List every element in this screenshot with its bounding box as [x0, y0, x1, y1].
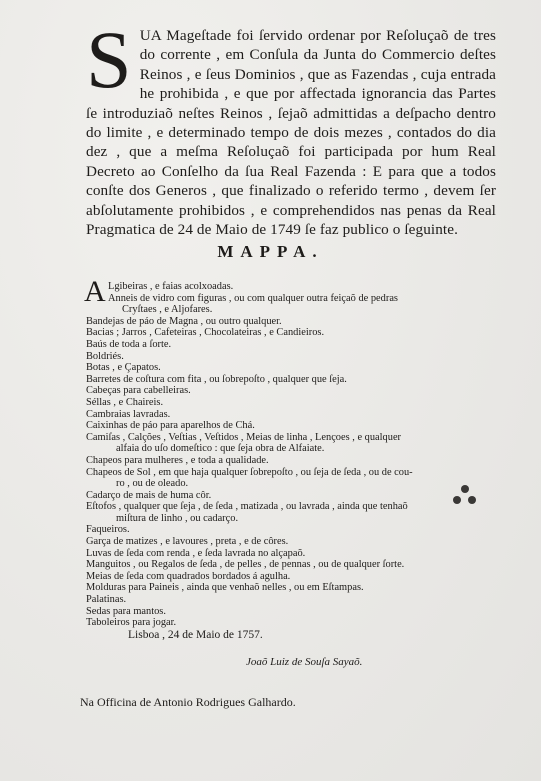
- list-item: Meias de ſeda com quadrados bordados á a…: [86, 571, 486, 583]
- list-item: Séllas , e Chaireis.: [86, 397, 486, 409]
- list-item-continuation: ro , ou de oleado.: [86, 478, 486, 490]
- list-item-continuation: miſtura de linho , ou cadarço.: [86, 513, 486, 525]
- list-item: Cambraias lavradas.: [86, 409, 486, 421]
- list-item: Botas , e Çapatos.: [86, 362, 486, 374]
- signature: Joaõ Luiz de Souſa Sayaõ.: [246, 656, 362, 668]
- list-drop-cap: A: [84, 278, 106, 306]
- list-item: Bacias ; Jarros , Cafeteiras , Chocolate…: [86, 327, 486, 339]
- list-item: Bandejas de páo de Magna , ou outro qual…: [86, 316, 486, 328]
- ornament-dots-icon: [452, 485, 478, 507]
- list-item: Eſtofos , qualquer que ſeja , de ſeda , …: [86, 501, 486, 513]
- list-item: Boldriés.: [86, 351, 486, 363]
- list-item: Garça de matizes , e lavoures , preta , …: [86, 536, 486, 548]
- list-item: Barretes de coſtura com fita , ou ſobrep…: [86, 374, 486, 386]
- list-item: Luvas de ſeda com renda , e ſeda lavrada…: [86, 548, 486, 560]
- list-item: Cadarço de mais de huma côr.: [86, 490, 486, 502]
- list-item: Sedas para mantos.: [86, 606, 486, 618]
- intro-text: UA Mageſtade foi ſervido ordenar por Reſ…: [86, 27, 496, 238]
- list-item: Faqueiros.: [86, 524, 486, 536]
- list-item: Cabeças para cabelleiras.: [86, 385, 486, 397]
- list-item: Chapeos de Sol , em que haja qualquer ſo…: [86, 467, 486, 479]
- section-title: MAPPA.: [0, 242, 541, 262]
- list-item: A Lgibeiras , e faias acolxoadas.: [86, 281, 486, 293]
- list-item: Manguitos , ou Regalos de ſeda , de pell…: [86, 559, 486, 571]
- list-item-continuation: Cryſtaes , e Aljofares.: [86, 304, 486, 316]
- list-item: Anneis de vidro com figuras , ou com qua…: [86, 293, 486, 305]
- list-item: Molduras para Paineis , ainda que venhaõ…: [86, 582, 486, 594]
- document-page: S UA Mageſtade foi ſervido ordenar por R…: [0, 0, 541, 781]
- list-item: Caixinhas de páo para aparelhos de Chá.: [86, 420, 486, 432]
- list-item: Camiſas , Calções , Veſtias , Veſtidos ,…: [86, 432, 486, 444]
- drop-cap: S: [86, 28, 132, 94]
- list-item: Chapeos para mulheres , e toda a qualida…: [86, 455, 486, 467]
- date-line: Lisboa , 24 de Maio de 1757.: [86, 630, 486, 642]
- list-item: Taboleiros para jogar.: [86, 617, 486, 629]
- prohibited-goods-list: A Lgibeiras , e faias acolxoadas. Anneis…: [86, 281, 486, 641]
- list-item-continuation: alfaia do uſo domeſtico : que ſeja obra …: [86, 443, 486, 455]
- intro-paragraph: S UA Mageſtade foi ſervido ordenar por R…: [86, 26, 496, 239]
- printer-imprint: Na Officina de Antonio Rodrigues Galhard…: [80, 695, 296, 710]
- list-item: Palatinas.: [86, 594, 486, 606]
- list-item: Baús de toda a ſorte.: [86, 339, 486, 351]
